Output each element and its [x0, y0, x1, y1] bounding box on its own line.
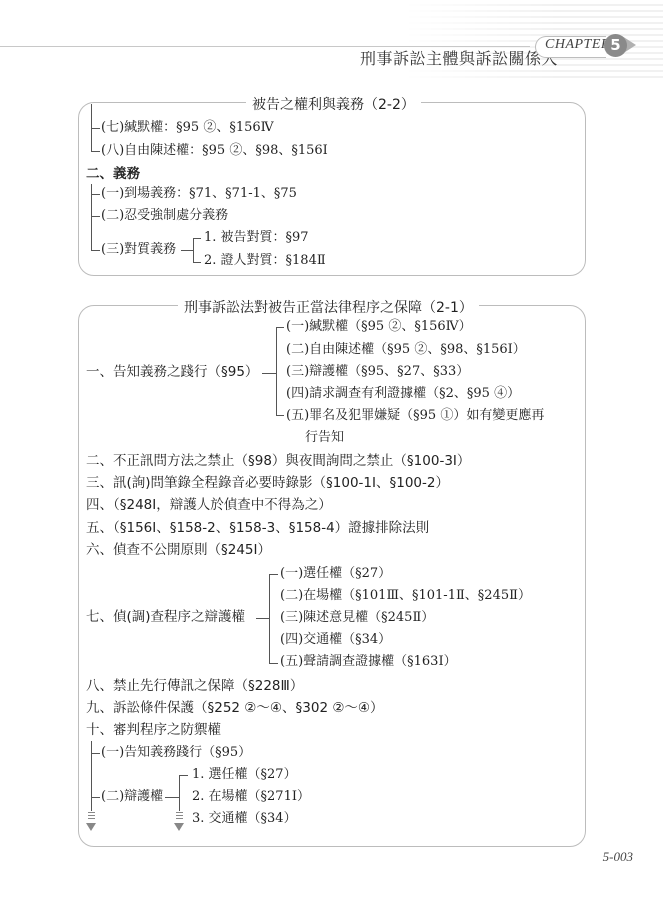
section-9: 九、訴訟條件保護（§252 ②～④、§302 ②～④） [86, 698, 384, 718]
defense-subitem: 2. 在場權（§271Ⅰ） [192, 787, 310, 807]
tree-line [269, 663, 278, 664]
tree-line [165, 797, 179, 798]
continue-arrow-icon [86, 823, 96, 831]
defense-subitem: 3. 交通權（§34） [192, 809, 297, 829]
section-6: 六、偵查不公開原則（§245Ⅰ） [86, 540, 271, 560]
right-item: (八)自由陳述權：§95 ②、§98、§156Ⅰ [101, 141, 328, 161]
box1-title: 被告之權利與義務（2-2） [246, 94, 421, 114]
section-7-item: (二)在場權（§101Ⅲ、§101-1Ⅱ、§245Ⅱ） [280, 586, 531, 606]
continuation-marker [88, 812, 95, 821]
section-8: 八、禁止先行傳訊之保障（§228Ⅲ） [86, 676, 303, 696]
tree-line [179, 775, 180, 811]
section-1-heading: 一、告知義務之踐行（§95） [86, 362, 258, 382]
right-item: (七)緘默權：§95 ②、§156Ⅳ [101, 118, 274, 138]
tree-line [262, 373, 276, 374]
box2-title: 刑事訴訟法對被告正當法律程序之保障（2-1） [178, 297, 479, 317]
continue-arrow-icon [174, 823, 184, 831]
section-3: 三、訊(詢)問筆錄全程錄音必要時錄影（§100-1Ⅰ、§100-2） [86, 473, 449, 493]
tree-line [91, 128, 100, 129]
section-1-item: (三)辯護權（§95、§27、§33） [286, 362, 469, 382]
section-10-item: (一)告知義務踐行（§95） [101, 743, 251, 763]
tree-line [276, 327, 277, 416]
tree-line [91, 216, 100, 217]
section-2: 二、不正訊問方法之禁止（§98）與夜間詢問之禁止（§100-3Ⅰ） [86, 451, 470, 471]
section-10-item: (二)辯護權 [101, 787, 163, 807]
section-5: 五、（§156Ⅰ、§158-2、§158-3、§158-4）證據排除法則 [86, 518, 429, 538]
tree-line [193, 238, 194, 262]
tree-line [91, 741, 92, 811]
tree-line [91, 797, 100, 798]
section-7-item: (三)陳述意見權（§245Ⅱ） [280, 608, 434, 628]
confrontation-subitem: 1. 被告對質：§97 [204, 228, 309, 248]
duty-item: (二)忍受強制處分義務 [101, 206, 228, 226]
tree-line [91, 753, 100, 754]
confrontation-subitem: 2. 證人對質：§184Ⅱ [204, 251, 326, 271]
tree-line [91, 250, 100, 251]
section-1-item: (五)罪名及犯罪嫌疑（§95 ①）如有變更應再 [286, 406, 544, 426]
page-number: 5-003 [603, 849, 633, 865]
defense-subitem: 1. 選任權（§27） [192, 765, 297, 785]
chapter-label: CHAPTER [545, 37, 610, 53]
tree-line [193, 262, 201, 263]
section-10-heading: 十、審判程序之防禦權 [86, 720, 221, 740]
tree-line [276, 327, 284, 328]
section-7-item: (五)聲請調查證據權（§163Ⅰ） [280, 652, 457, 672]
section-1-item-cont: 行告知 [305, 428, 344, 448]
continuation-marker [176, 812, 183, 821]
tree-line [181, 250, 193, 251]
section-7-item: (一)選任權（§27） [280, 564, 391, 584]
tree-line [269, 574, 278, 575]
section-7-item: (四)交通權（§34） [280, 630, 391, 650]
tree-line [193, 238, 201, 239]
tree-line [276, 415, 284, 416]
tree-line [256, 618, 269, 619]
tree-line [179, 775, 188, 776]
section-1-item: (一)緘默權（§95 ②、§156Ⅳ） [286, 317, 472, 337]
section-1-item: (四)請求調查有利證據權（§2、§95 ④） [286, 384, 520, 404]
duty-item: (一)到場義務：§71、§71-1、§75 [101, 184, 297, 204]
section-7-heading: 七、偵(調)查程序之辯護權 [86, 607, 245, 627]
duty-item: (三)對質義務 [101, 240, 176, 260]
chapter-number: 5 [604, 34, 627, 57]
tree-line [91, 194, 100, 195]
duties-heading: 二、義務 [86, 164, 140, 184]
chapter-title: 刑事訴訟主體與訴訟關係人 [360, 46, 558, 69]
tree-line [91, 151, 100, 152]
section-4: 四、（§248Ⅰ，辯護人於偵查中不得為之） [86, 495, 332, 515]
section-1-item: (二)自由陳述權（§95 ②、§98、§156Ⅰ） [286, 340, 526, 360]
tree-line [269, 574, 270, 663]
